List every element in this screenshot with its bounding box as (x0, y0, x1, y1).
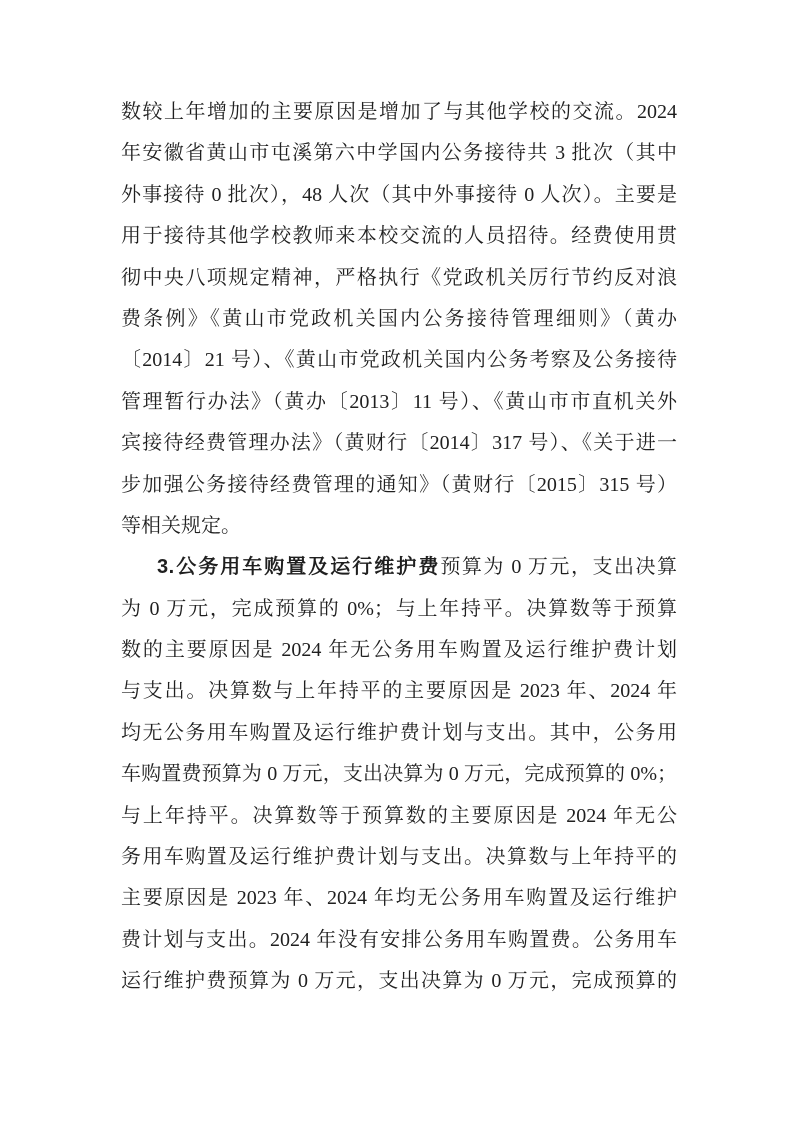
paragraph-end-line: 等相关规定。 (121, 506, 677, 547)
text-line: 运行维护费预算为 0 万元，支出决算为 0 万元，完成预算的 (121, 961, 677, 1002)
text-line: 年安徽省黄山市屯溪第六中学国内公务接待共 3 批次（其中 (121, 133, 677, 174)
text-line: 〔2014〕21 号）、《黄山市党政机关国内公务考察及公务接待 (121, 340, 677, 381)
text-line: 管理暂行办法》（黄办〔2013〕11 号）、《黄山市市直机关外 (121, 382, 677, 423)
inline-section-heading: 3.公务用车购置及运行维护费 (157, 556, 440, 578)
document-page: 数较上年增加的主要原因是增加了与其他学校的交流。2024 年安徽省黄山市屯溪第六… (0, 0, 793, 1122)
section-3-lead-text: 预算为 0 万元，支出决算 (440, 556, 677, 578)
section-3-start-line: 3.公务用车购置及运行维护费预算为 0 万元，支出决算 (121, 547, 677, 588)
text-line: 外事接待 0 批次），48 人次（其中外事接待 0 人次）。主要是 (121, 175, 677, 216)
text-line: 宾接待经费管理办法》（黄财行〔2014〕317 号）、《关于进一 (121, 423, 677, 464)
text-line: 用于接待其他学校教师来本校交流的人员招待。经费使用贯 (121, 216, 677, 257)
text-line: 主要原因是 2023 年、2024 年均无公务用车购置及运行维护 (121, 878, 677, 919)
text-block: 数较上年增加的主要原因是增加了与其他学校的交流。2024 年安徽省黄山市屯溪第六… (121, 92, 677, 1003)
text-line: 彻中央八项规定精神，严格执行《党政机关厉行节约反对浪 (121, 258, 677, 299)
text-line: 务用车购置及运行维护费计划与支出。决算数与上年持平的 (121, 837, 677, 878)
text-line: 与上年持平。决算数等于预算数的主要原因是 2024 年无公 (121, 796, 677, 837)
text-line: 步加强公务接待经费管理的通知》（黄财行〔2015〕315 号） (121, 465, 677, 506)
text-line: 车购置费预算为 0 万元，支出决算为 0 万元，完成预算的 0%； (121, 754, 677, 795)
text-line: 数较上年增加的主要原因是增加了与其他学校的交流。2024 (121, 92, 677, 133)
text-line: 数的主要原因是 2024 年无公务用车购置及运行维护费计划 (121, 630, 677, 671)
text-line: 费条例》《黄山市党政机关国内公务接待管理细则》（黄办 (121, 299, 677, 340)
text-line: 均无公务用车购置及运行维护费计划与支出。其中，公务用 (121, 713, 677, 754)
text-line: 为 0 万元，完成预算的 0%；与上年持平。决算数等于预算 (121, 589, 677, 630)
text-line: 费计划与支出。2024 年没有安排公务用车购置费。公务用车 (121, 920, 677, 961)
text-line: 与支出。决算数与上年持平的主要原因是 2023 年、2024 年 (121, 671, 677, 712)
